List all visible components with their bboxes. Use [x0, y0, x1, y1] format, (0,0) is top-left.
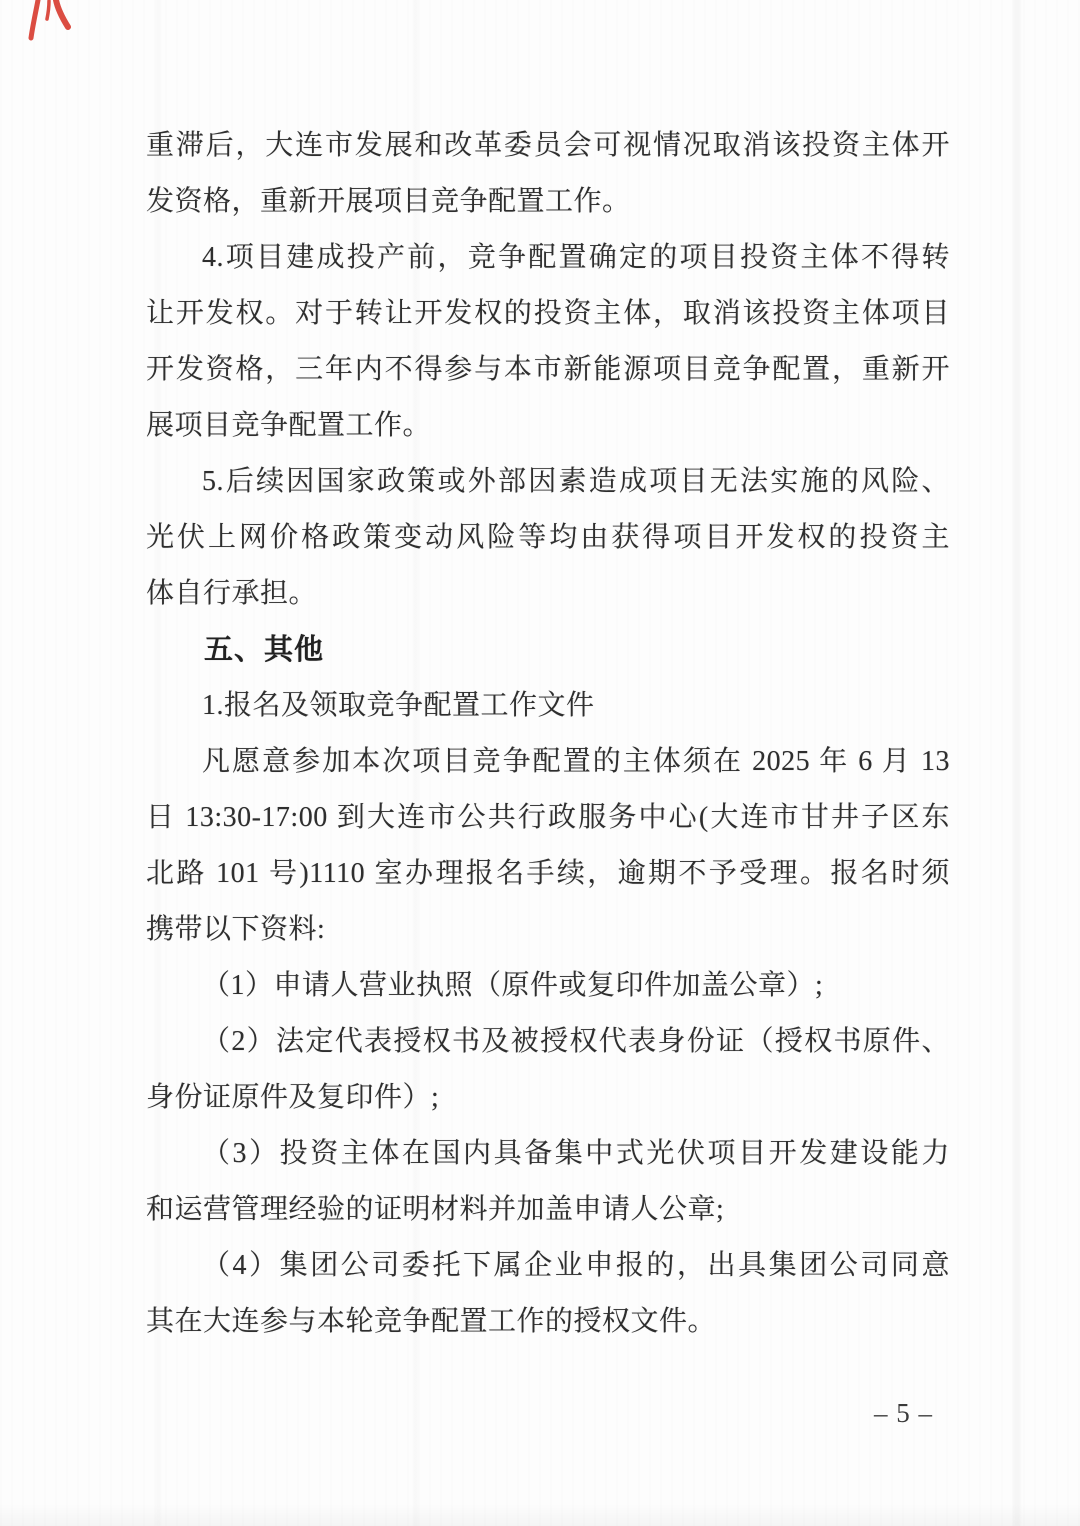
text-line: 重滞后，大连市发展和改革委员会可视情况取消该投资主体开	[146, 118, 950, 174]
document-text: 重滞后，大连市发展和改革委员会可视情况取消该投资主体开发资格，重新开展项目竞争配…	[146, 118, 950, 1350]
page-number: – 5 –	[874, 1396, 933, 1430]
text-line: 北路 101 号)1110 室办理报名手续，逾期不予受理。报名时须	[146, 846, 950, 902]
red-pen-marks	[22, 0, 112, 52]
text-line: （1）申请人营业执照（原件或复印件加盖公章）;	[146, 958, 950, 1014]
text-line: 让开发权。对于转让开发权的投资主体，取消该投资主体项目	[146, 286, 950, 342]
text-line: 4.项目建成投产前，竞争配置确定的项目投资主体不得转	[146, 230, 950, 286]
text-line: （4）集团公司委托下属企业申报的，出具集团公司同意	[146, 1238, 950, 1294]
text-line: 开发资格，三年内不得参与本市新能源项目竞争配置，重新开	[146, 342, 950, 398]
scanned-document-page: { "page": { "number_label": "– 5 –", "ba…	[0, 0, 1080, 1526]
text-line: 凡愿意参加本次项目竞争配置的主体须在 2025 年 6 月 13	[146, 734, 950, 790]
text-line: 1.报名及领取竞争配置工作文件	[146, 678, 950, 734]
text-line: 其在大连参与本轮竞争配置工作的授权文件。	[146, 1294, 950, 1350]
text-line: 发资格，重新开展项目竞争配置工作。	[146, 174, 950, 230]
red-pen-stroke	[31, 0, 38, 38]
text-line: 光伏上网价格政策变动风险等均由获得项目开发权的投资主	[146, 510, 950, 566]
red-pen-stroke	[56, 0, 68, 27]
text-line: （3）投资主体在国内具备集中式光伏项目开发建设能力	[146, 1126, 950, 1182]
text-line: 展项目竞争配置工作。	[146, 398, 950, 454]
text-line: 携带以下资料:	[146, 902, 950, 958]
text-line: 身份证原件及复印件）;	[146, 1070, 950, 1126]
text-line: 日 13:30-17:00 到大连市公共行政服务中心(大连市甘井子区东	[146, 790, 950, 846]
red-pen-stroke	[47, 1, 49, 19]
section-heading: 五、其他	[146, 622, 950, 678]
text-line: 5.后续因国家政策或外部因素造成项目无法实施的风险、	[146, 454, 950, 510]
text-line: （2）法定代表授权书及被授权代表身份证（授权书原件、	[146, 1014, 950, 1070]
text-line: 和运营管理经验的证明材料并加盖申请人公章;	[146, 1182, 950, 1238]
text-line: 体自行承担。	[146, 566, 950, 622]
